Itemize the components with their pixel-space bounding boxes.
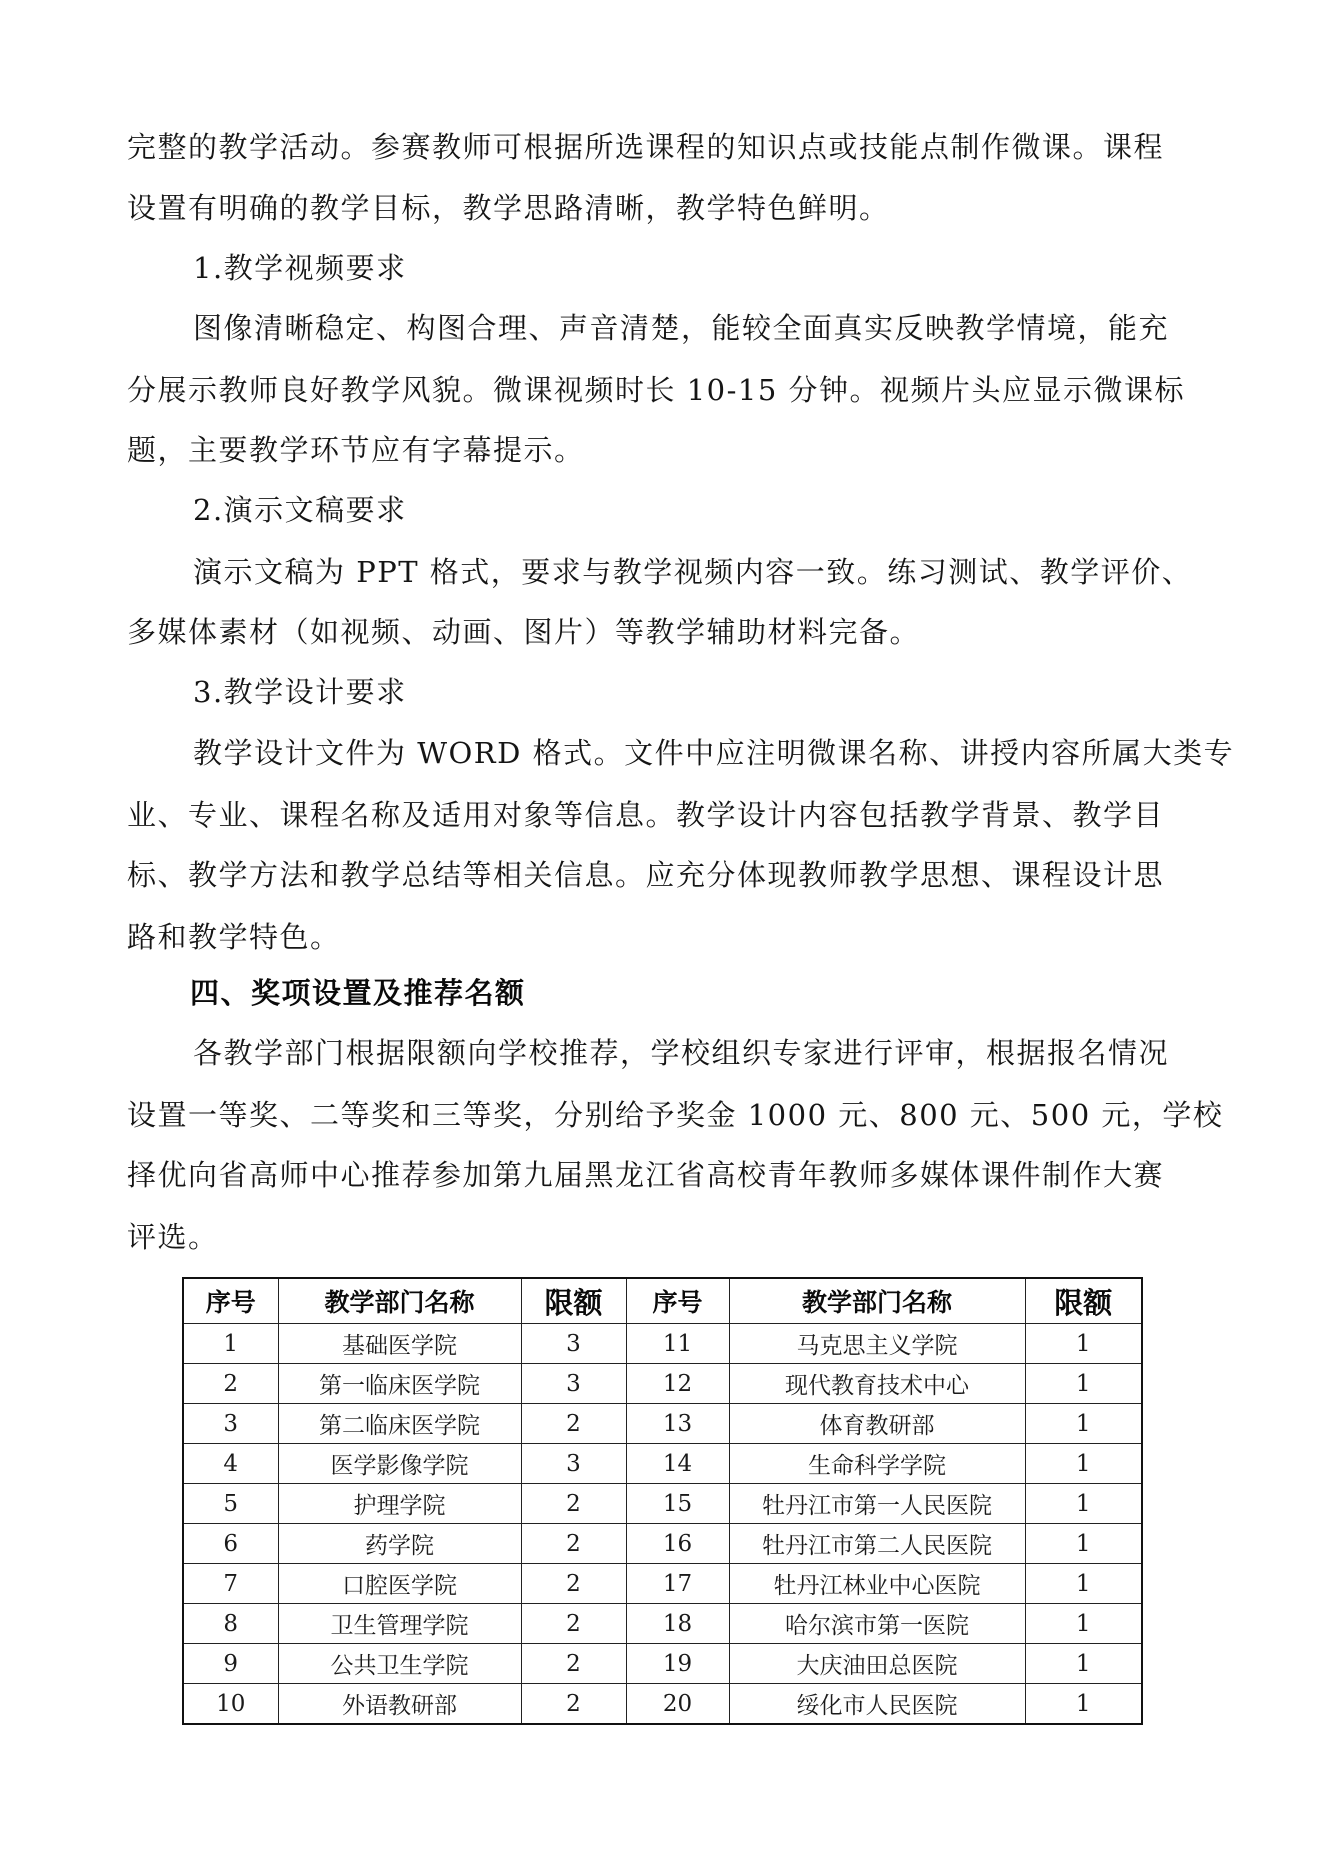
header-department: 教学部门名称	[278, 1278, 521, 1324]
cell-quota: 1	[1025, 1684, 1142, 1725]
cell-department: 药学院	[278, 1524, 521, 1564]
cell-quota: 2	[521, 1604, 626, 1644]
section-heading-awards: 四、奖项设置及推荐名额	[190, 973, 1260, 1013]
cell-quota: 2	[521, 1644, 626, 1684]
paragraph-line: 多媒体素材（如视频、动画、图片）等教学辅助材料完备。	[127, 612, 1197, 652]
table-row: 4 医学影像学院 3 14 生命科学学院 1	[183, 1444, 1142, 1484]
cell-quota: 1	[1025, 1404, 1142, 1444]
cell-index: 3	[183, 1404, 278, 1444]
cell-quota: 1	[1025, 1364, 1142, 1404]
cell-quota: 1	[1025, 1524, 1142, 1564]
paragraph-line: 设置一等奖、二等奖和三等奖，分别给予奖金 1000 元、800 元、500 元，…	[127, 1095, 1197, 1135]
header-quota: 限额	[1025, 1278, 1142, 1324]
table-row: 2 第一临床医学院 3 12 现代教育技术中心 1	[183, 1364, 1142, 1404]
cell-department: 第一临床医学院	[278, 1364, 521, 1404]
cell-quota: 3	[521, 1364, 626, 1404]
table-row: 1 基础医学院 3 11 马克思主义学院 1	[183, 1324, 1142, 1364]
paragraph-line: 题，主要教学环节应有字幕提示。	[127, 430, 1197, 470]
paragraph-line: 设置有明确的教学目标，教学思路清晰，教学特色鲜明。	[127, 188, 1197, 228]
cell-department: 哈尔滨市第一医院	[729, 1604, 1025, 1644]
cell-quota: 1	[1025, 1484, 1142, 1524]
cell-department: 牡丹江林业中心医院	[729, 1564, 1025, 1604]
subsection-heading-design: 3.教学设计要求	[193, 672, 1263, 712]
cell-department: 护理学院	[278, 1484, 521, 1524]
paragraph-line: 业、专业、课程名称及适用对象等信息。教学设计内容包括教学背景、教学目	[127, 795, 1197, 835]
cell-quota: 2	[521, 1524, 626, 1564]
document-page: 完整的教学活动。参赛教师可根据所选课程的知识点或技能点制作微课。课程 设置有明确…	[0, 0, 1323, 1871]
cell-index: 5	[183, 1484, 278, 1524]
cell-department: 体育教研部	[729, 1404, 1025, 1444]
cell-index: 14	[626, 1444, 729, 1484]
cell-quota: 1	[1025, 1444, 1142, 1484]
cell-index: 18	[626, 1604, 729, 1644]
cell-index: 12	[626, 1364, 729, 1404]
cell-department: 口腔医学院	[278, 1564, 521, 1604]
cell-quota: 1	[1025, 1604, 1142, 1644]
table-row: 10 外语教研部 2 20 绥化市人民医院 1	[183, 1684, 1142, 1725]
cell-index: 8	[183, 1604, 278, 1644]
cell-index: 17	[626, 1564, 729, 1604]
cell-quota: 1	[1025, 1644, 1142, 1684]
cell-department: 第二临床医学院	[278, 1404, 521, 1444]
cell-department: 公共卫生学院	[278, 1644, 521, 1684]
cell-department: 牡丹江市第二人民医院	[729, 1524, 1025, 1564]
cell-department: 绥化市人民医院	[729, 1684, 1025, 1725]
cell-department: 牡丹江市第一人民医院	[729, 1484, 1025, 1524]
cell-department: 基础医学院	[278, 1324, 521, 1364]
header-department: 教学部门名称	[729, 1278, 1025, 1324]
table-row: 7 口腔医学院 2 17 牡丹江林业中心医院 1	[183, 1564, 1142, 1604]
cell-quota: 2	[521, 1404, 626, 1444]
cell-department: 马克思主义学院	[729, 1324, 1025, 1364]
cell-index: 4	[183, 1444, 278, 1484]
cell-quota: 2	[521, 1684, 626, 1725]
cell-index: 11	[626, 1324, 729, 1364]
table-row: 6 药学院 2 16 牡丹江市第二人民医院 1	[183, 1524, 1142, 1564]
paragraph-line: 各教学部门根据限额向学校推荐，学校组织专家进行评审，根据报名情况	[193, 1033, 1263, 1073]
table-row: 8 卫生管理学院 2 18 哈尔滨市第一医院 1	[183, 1604, 1142, 1644]
paragraph-line: 标、教学方法和教学总结等相关信息。应充分体现教师教学思想、课程设计思	[127, 855, 1197, 895]
header-index: 序号	[626, 1278, 729, 1324]
paragraph-line: 教学设计文件为 WORD 格式。文件中应注明微课名称、讲授内容所属大类专	[193, 733, 1263, 773]
cell-index: 19	[626, 1644, 729, 1684]
cell-quota: 1	[1025, 1564, 1142, 1604]
cell-department: 卫生管理学院	[278, 1604, 521, 1644]
paragraph-line: 图像清晰稳定、构图合理、声音清楚，能较全面真实反映教学情境，能充	[193, 308, 1263, 348]
quota-table: 序号 教学部门名称 限额 序号 教学部门名称 限额 1 基础医学院 3 11 马…	[182, 1277, 1143, 1725]
cell-department: 现代教育技术中心	[729, 1364, 1025, 1404]
cell-index: 10	[183, 1684, 278, 1725]
cell-index: 16	[626, 1524, 729, 1564]
cell-index: 6	[183, 1524, 278, 1564]
paragraph-line: 完整的教学活动。参赛教师可根据所选课程的知识点或技能点制作微课。课程	[127, 127, 1197, 167]
cell-index: 1	[183, 1324, 278, 1364]
cell-index: 7	[183, 1564, 278, 1604]
cell-index: 9	[183, 1644, 278, 1684]
cell-quota: 3	[521, 1324, 626, 1364]
cell-index: 20	[626, 1684, 729, 1725]
paragraph-line: 路和教学特色。	[127, 917, 1197, 957]
paragraph-line: 分展示教师良好教学风貌。微课视频时长 10-15 分钟。视频片头应显示微课标	[127, 370, 1197, 410]
table-header-row: 序号 教学部门名称 限额 序号 教学部门名称 限额	[183, 1278, 1142, 1324]
subsection-heading-video: 1.教学视频要求	[193, 248, 1263, 288]
cell-index: 2	[183, 1364, 278, 1404]
cell-quota: 1	[1025, 1324, 1142, 1364]
table-row: 3 第二临床医学院 2 13 体育教研部 1	[183, 1404, 1142, 1444]
cell-quota: 3	[521, 1444, 626, 1484]
cell-quota: 2	[521, 1484, 626, 1524]
cell-quota: 2	[521, 1564, 626, 1604]
paragraph-line: 评选。	[127, 1217, 1197, 1257]
subsection-heading-slides: 2.演示文稿要求	[193, 490, 1263, 530]
cell-index: 15	[626, 1484, 729, 1524]
table-row: 9 公共卫生学院 2 19 大庆油田总医院 1	[183, 1644, 1142, 1684]
header-index: 序号	[183, 1278, 278, 1324]
header-quota: 限额	[521, 1278, 626, 1324]
paragraph-line: 演示文稿为 PPT 格式，要求与教学视频内容一致。练习测试、教学评价、	[193, 552, 1263, 592]
cell-index: 13	[626, 1404, 729, 1444]
cell-department: 生命科学学院	[729, 1444, 1025, 1484]
paragraph-line: 择优向省高师中心推荐参加第九届黑龙江省高校青年教师多媒体课件制作大赛	[127, 1155, 1197, 1195]
cell-department: 外语教研部	[278, 1684, 521, 1725]
cell-department: 医学影像学院	[278, 1444, 521, 1484]
table-row: 5 护理学院 2 15 牡丹江市第一人民医院 1	[183, 1484, 1142, 1524]
cell-department: 大庆油田总医院	[729, 1644, 1025, 1684]
